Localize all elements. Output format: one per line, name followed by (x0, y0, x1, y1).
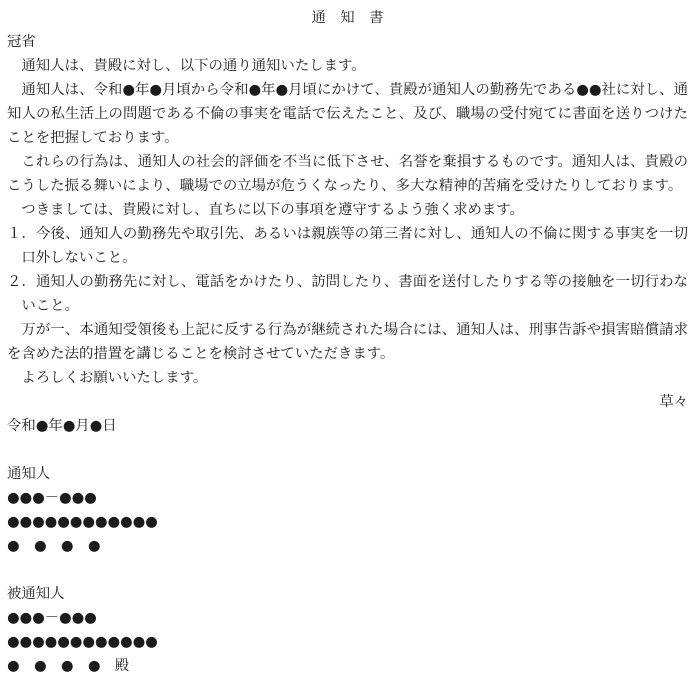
paragraph-regards: よろしくお願いいたします。 (7, 366, 688, 390)
recipient-name: ● ● ● ● 殿 (7, 654, 688, 678)
paragraph-harm: これらの行為は、通知人の社会的評価を不当に低下させ、名誉を棄損するものです。通知… (7, 150, 688, 198)
recipient-address: ●●●●●●●●●●●● (7, 630, 688, 654)
sender-postal-code: ●●●－●●● (7, 486, 688, 510)
opening-salutation: 冠省 (7, 30, 688, 54)
sender-name: ● ● ● ● (7, 534, 688, 558)
sender-label: 通知人 (7, 462, 688, 486)
closing-word: 草々 (7, 390, 688, 414)
numbered-item-1: １．今後、通知人の勤務先や取引先、あるいは親族等の第三者に対し、通知人の不倫に関… (7, 222, 688, 270)
numbered-item-2: ２．通知人の勤務先に対し、電話をかけたり、訪問したり、書面を送付したりする等の接… (7, 270, 688, 318)
recipient-postal-code: ●●●－●●● (7, 606, 688, 630)
paragraph-warning: 万が一、本通知受領後も上記に反する行為が継続された場合には、通知人は、刑事告訴や… (7, 318, 688, 366)
sender-address: ●●●●●●●●●●●● (7, 510, 688, 534)
notice-document: 通 知 書 冠省 通知人は、貴殿に対し、以下の通り通知いたします。 通知人は、令… (0, 0, 695, 678)
spacer (7, 438, 688, 462)
recipient-block: 被通知人 ●●●－●●● ●●●●●●●●●●●● ● ● ● ● 殿 (7, 582, 688, 678)
sender-block: 通知人 ●●●－●●● ●●●●●●●●●●●● ● ● ● ● (7, 462, 688, 558)
date-line: 令和●年●月●日 (7, 414, 688, 438)
document-title: 通 知 書 (7, 6, 688, 30)
paragraph-intro: 通知人は、貴殿に対し、以下の通り通知いたします。 (7, 54, 688, 78)
paragraph-facts: 通知人は、令和●年●月頃から令和●年●月頃にかけて、貴殿が通知人の勤務先である●… (7, 78, 688, 150)
spacer (7, 558, 688, 582)
recipient-label: 被通知人 (7, 582, 688, 606)
paragraph-demand-lead: つきましては、貴殿に対し、直ちに以下の事項を遵守するよう強く求めます。 (7, 198, 688, 222)
